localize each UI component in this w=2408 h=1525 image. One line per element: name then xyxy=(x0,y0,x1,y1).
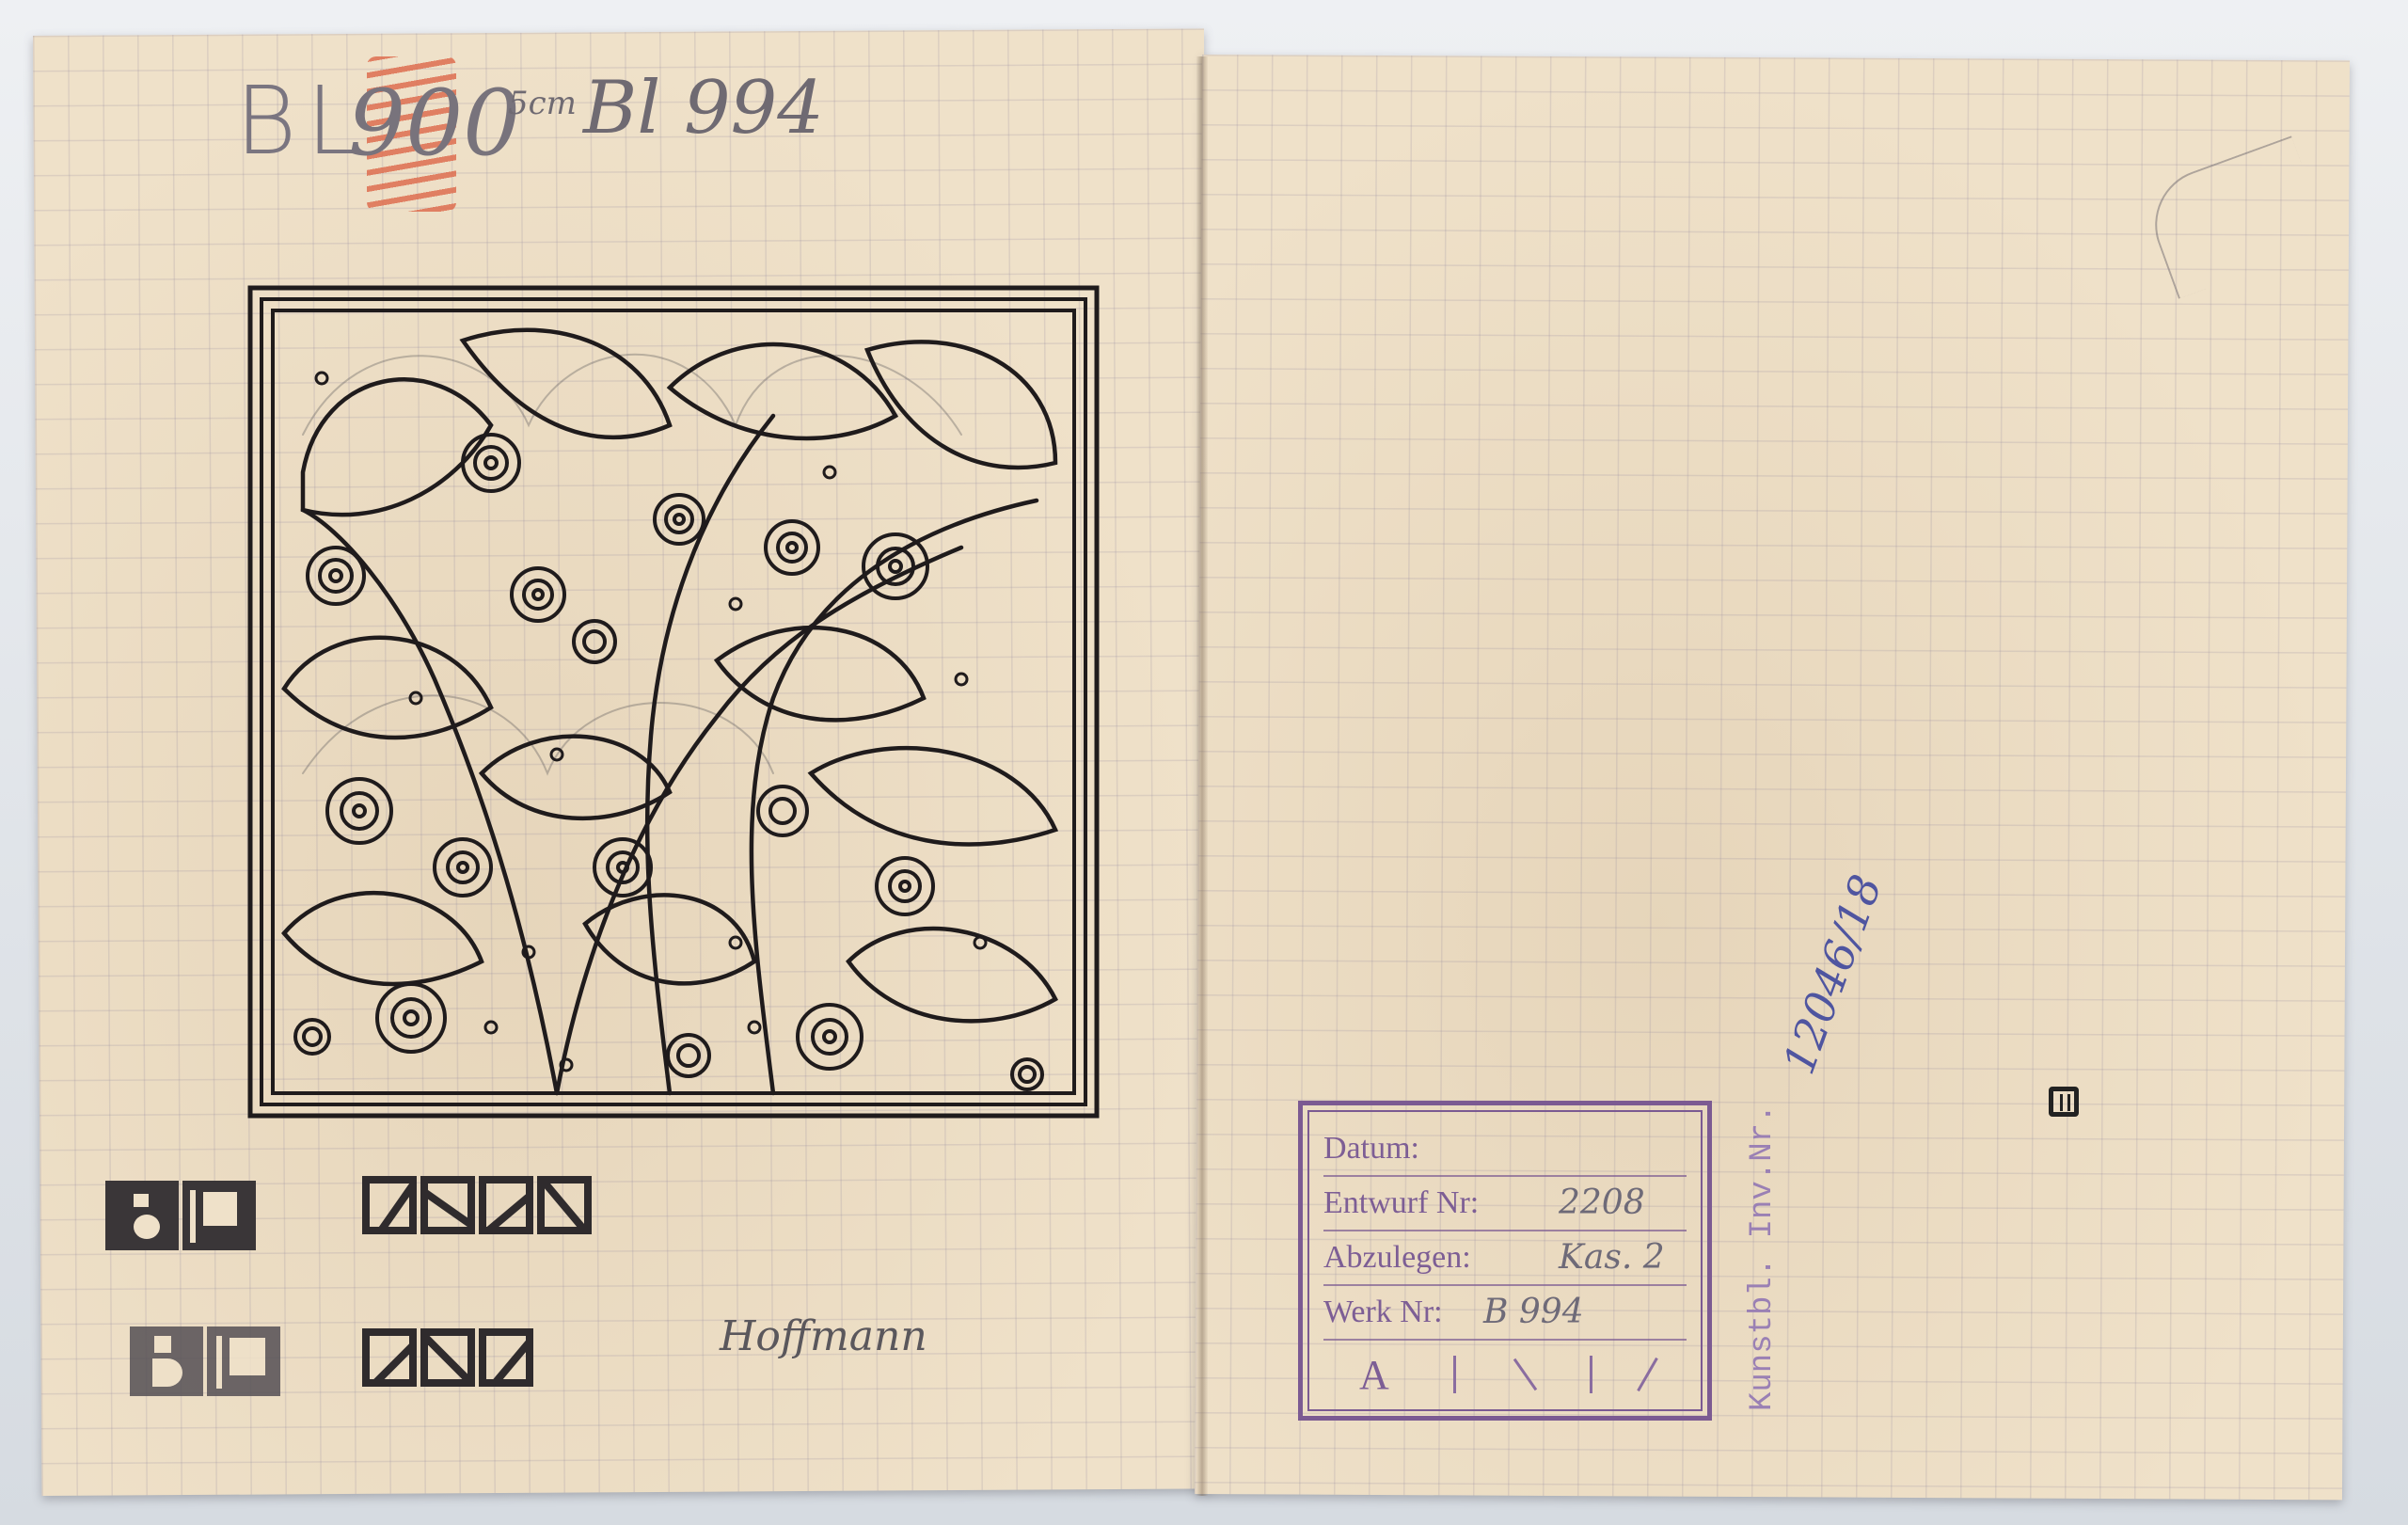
signature: Hoffmann xyxy=(720,1312,927,1360)
stamp-tick xyxy=(1453,1356,1456,1393)
monogram-geometric-row2 xyxy=(362,1328,533,1387)
stamp-row-entwurf: Entwurf Nr: 2208 xyxy=(1323,1177,1687,1231)
stamp-row-werk: Werk Nr: B 994 xyxy=(1323,1286,1687,1341)
spine-fold xyxy=(1196,56,1208,1496)
ornamental-drawing xyxy=(246,284,1102,1121)
stamp-tick xyxy=(1513,1358,1537,1390)
geometric-glyph xyxy=(420,1328,475,1387)
stamp-label: Abzulegen: xyxy=(1323,1240,1471,1275)
geometric-glyph xyxy=(420,1176,475,1234)
archive-stamp: Datum: Entwurf Nr: 2208 Abzulegen: Kas. … xyxy=(1298,1101,1712,1421)
stamp-value: 2208 xyxy=(1559,1177,1645,1230)
geometric-glyph xyxy=(362,1328,417,1387)
annotation-struck-number: 900 xyxy=(348,71,520,176)
geometric-glyph xyxy=(479,1328,533,1387)
stamp-label: Entwurf Nr: xyxy=(1323,1185,1479,1220)
stamp-tick xyxy=(1637,1358,1658,1391)
monogram-glyph-b xyxy=(105,1181,179,1250)
stamp-label: Datum: xyxy=(1323,1131,1419,1166)
inventory-label: Kunstbl. Inv.Nr. xyxy=(1745,1104,1781,1411)
monogram-geometric-row1 xyxy=(362,1176,592,1234)
stamp-value: B 994 xyxy=(1483,1286,1584,1339)
annotation-scale: 5cm xyxy=(508,85,577,122)
geometric-glyph xyxy=(362,1176,417,1234)
monogram-glyph-b xyxy=(130,1326,203,1396)
small-monogram-mark xyxy=(2049,1087,2079,1117)
stamp-row-datum: Datum: xyxy=(1323,1122,1687,1177)
stamp-value: Kas. 2 xyxy=(1559,1231,1665,1284)
stamp-letter-a: A xyxy=(1359,1351,1389,1399)
stamp-row-abzulegen: Abzulegen: Kas. 2 xyxy=(1323,1231,1687,1286)
geometric-glyph xyxy=(537,1176,592,1234)
monogram-bl-light xyxy=(130,1326,280,1396)
monogram-glyph-l xyxy=(207,1326,280,1396)
geometric-glyph xyxy=(479,1176,533,1234)
stamp-label: Werk Nr: xyxy=(1323,1295,1443,1329)
annotation-reference: Bl 994 xyxy=(583,66,824,151)
monogram-bl-solid xyxy=(105,1181,256,1250)
stamp-tick xyxy=(1590,1356,1592,1393)
monogram-glyph-l xyxy=(182,1181,256,1250)
